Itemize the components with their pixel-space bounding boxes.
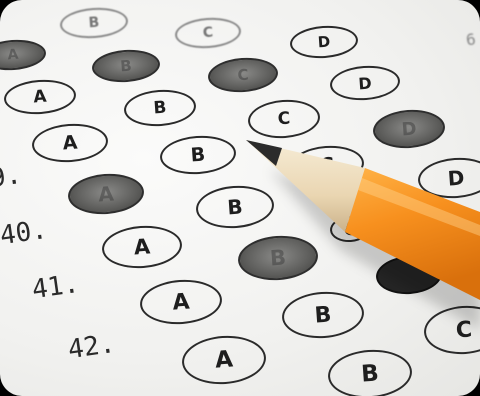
question-number: 41. bbox=[30, 269, 81, 305]
answer-bubble-c: C bbox=[375, 254, 443, 297]
answer-bubble-a: A bbox=[101, 223, 184, 270]
answer-bubble-b: B bbox=[159, 133, 237, 176]
answer-bubble-a: A bbox=[139, 277, 224, 327]
answer-bubble-d: D bbox=[329, 64, 401, 103]
answer-bubble-b: B bbox=[326, 347, 413, 396]
answer-bubble-c: C bbox=[329, 215, 371, 244]
answer-bubble-c: C bbox=[289, 143, 365, 186]
answer-bubble-d: D bbox=[417, 155, 480, 200]
question-number: 9. bbox=[0, 160, 23, 194]
answer-bubble-c: C bbox=[422, 303, 480, 356]
answer-bubble-d: D bbox=[372, 108, 446, 151]
answer-bubble-c: C bbox=[247, 98, 321, 141]
answer-bubble-c: C bbox=[207, 56, 279, 95]
answer-bubble-b: B bbox=[237, 233, 320, 282]
answer-bubble-b: B bbox=[195, 183, 276, 230]
answer-sheet-photo: BCDABCDABCDABCDABCABCABCAB69.40.41.42. bbox=[0, 0, 480, 396]
answer-bubble-b: B bbox=[91, 48, 161, 85]
answer-bubble-b: B bbox=[59, 6, 129, 41]
answer-bubble-b: B bbox=[280, 289, 365, 341]
answer-bubble-c: C bbox=[174, 16, 242, 51]
question-number: 42. bbox=[66, 329, 117, 365]
answer-sheet: BCDABCDABCDABCDABCABCABCAB69.40.41.42. bbox=[0, 0, 480, 396]
answer-bubble-d: D bbox=[289, 24, 359, 61]
answer-bubble-b: B bbox=[123, 88, 197, 129]
question-number: 6 bbox=[465, 29, 477, 49]
question-number: 40. bbox=[0, 215, 49, 251]
answer-bubble-a: A bbox=[67, 171, 146, 216]
answer-bubble-a: A bbox=[0, 38, 47, 73]
answer-bubble-a: A bbox=[180, 333, 267, 387]
answer-bubble-a: A bbox=[31, 121, 109, 164]
answer-bubble-a: A bbox=[3, 78, 77, 117]
